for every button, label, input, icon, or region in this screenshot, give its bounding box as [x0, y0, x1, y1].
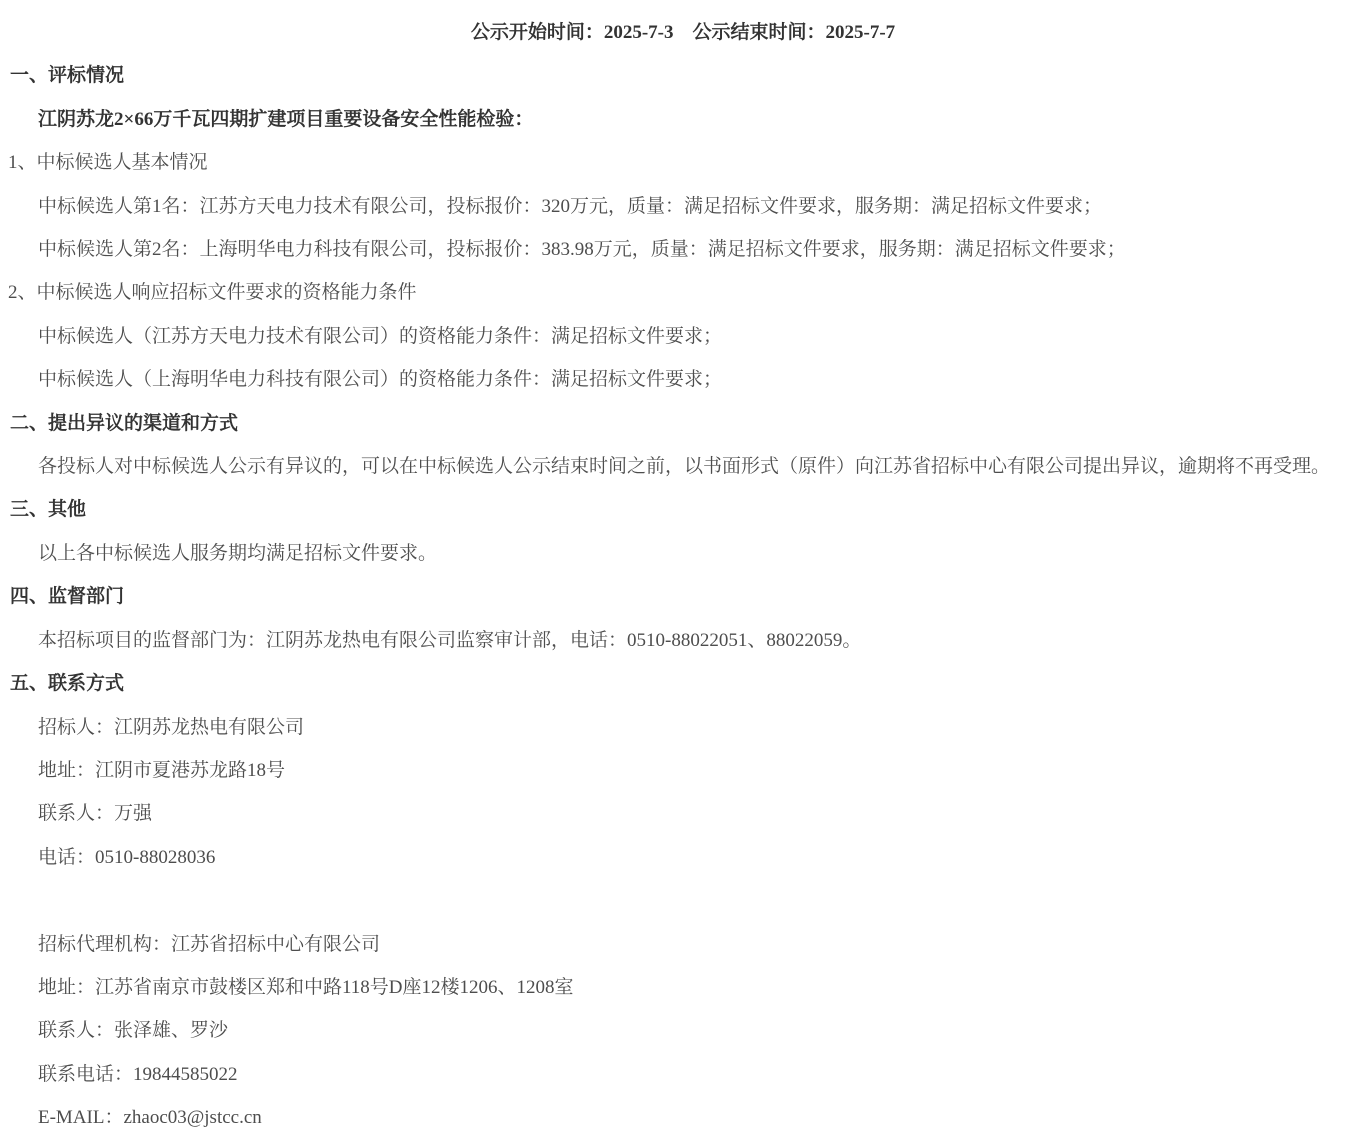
candidate-1-line: 中标候选人第1名：江苏方天电力技术有限公司，投标报价：320万元，质量：满足招标… — [0, 185, 1366, 228]
publicity-period: 公示开始时间：2025-7-3 公示结束时间：2025-7-7 — [0, 11, 1366, 54]
section-3-heading: 三、其他 — [0, 488, 1366, 531]
tenderer-address: 地址：江阴市夏港苏龙路18号 — [0, 749, 1366, 792]
candidate-2-line: 中标候选人第2名：上海明华电力科技有限公司，投标报价：383.98万元，质量：满… — [0, 228, 1366, 271]
agency-phone: 联系电话：19844585022 — [0, 1053, 1366, 1096]
agency-name: 招标代理机构：江苏省招标中心有限公司 — [0, 923, 1366, 966]
project-title: 江阴苏龙2×66万千瓦四期扩建项目重要设备安全性能检验： — [0, 98, 1366, 141]
section-4-heading: 四、监督部门 — [0, 575, 1366, 618]
tenderer-name: 招标人：江阴苏龙热电有限公司 — [0, 706, 1366, 749]
qualification-1-line: 中标候选人（江苏方天电力技术有限公司）的资格能力条件：满足招标文件要求； — [0, 315, 1366, 358]
qualification-2-line: 中标候选人（上海明华电力科技有限公司）的资格能力条件：满足招标文件要求； — [0, 358, 1366, 401]
subsection-1-2-heading: 2、中标候选人响应招标文件要求的资格能力条件 — [0, 271, 1366, 314]
agency-address: 地址：江苏省南京市鼓楼区郑和中路118号D座12楼1206、1208室 — [0, 966, 1366, 1009]
blank-separator — [0, 879, 1366, 922]
subsection-1-1-heading: 1、中标候选人基本情况 — [0, 141, 1366, 184]
section-5-heading: 五、联系方式 — [0, 662, 1366, 705]
tenderer-phone: 电话：0510-88028036 — [0, 836, 1366, 879]
agency-email: E-MAIL：zhaoc03@jstcc.cn — [0, 1096, 1366, 1139]
section-4-body: 本招标项目的监督部门为：江阴苏龙热电有限公司监察审计部，电话：0510-8802… — [0, 619, 1366, 662]
announcement-document: 公示开始时间：2025-7-3 公示结束时间：2025-7-7 一、评标情况 江… — [0, 0, 1366, 1147]
agency-contact: 联系人：张泽雄、罗沙 — [0, 1009, 1366, 1052]
section-1-heading: 一、评标情况 — [0, 54, 1366, 97]
section-3-body: 以上各中标候选人服务期均满足招标文件要求。 — [0, 532, 1366, 575]
section-2-heading: 二、提出异议的渠道和方式 — [0, 402, 1366, 445]
tenderer-contact: 联系人：万强 — [0, 792, 1366, 835]
section-2-body: 各投标人对中标候选人公示有异议的，可以在中标候选人公示结束时间之前，以书面形式（… — [0, 445, 1366, 488]
